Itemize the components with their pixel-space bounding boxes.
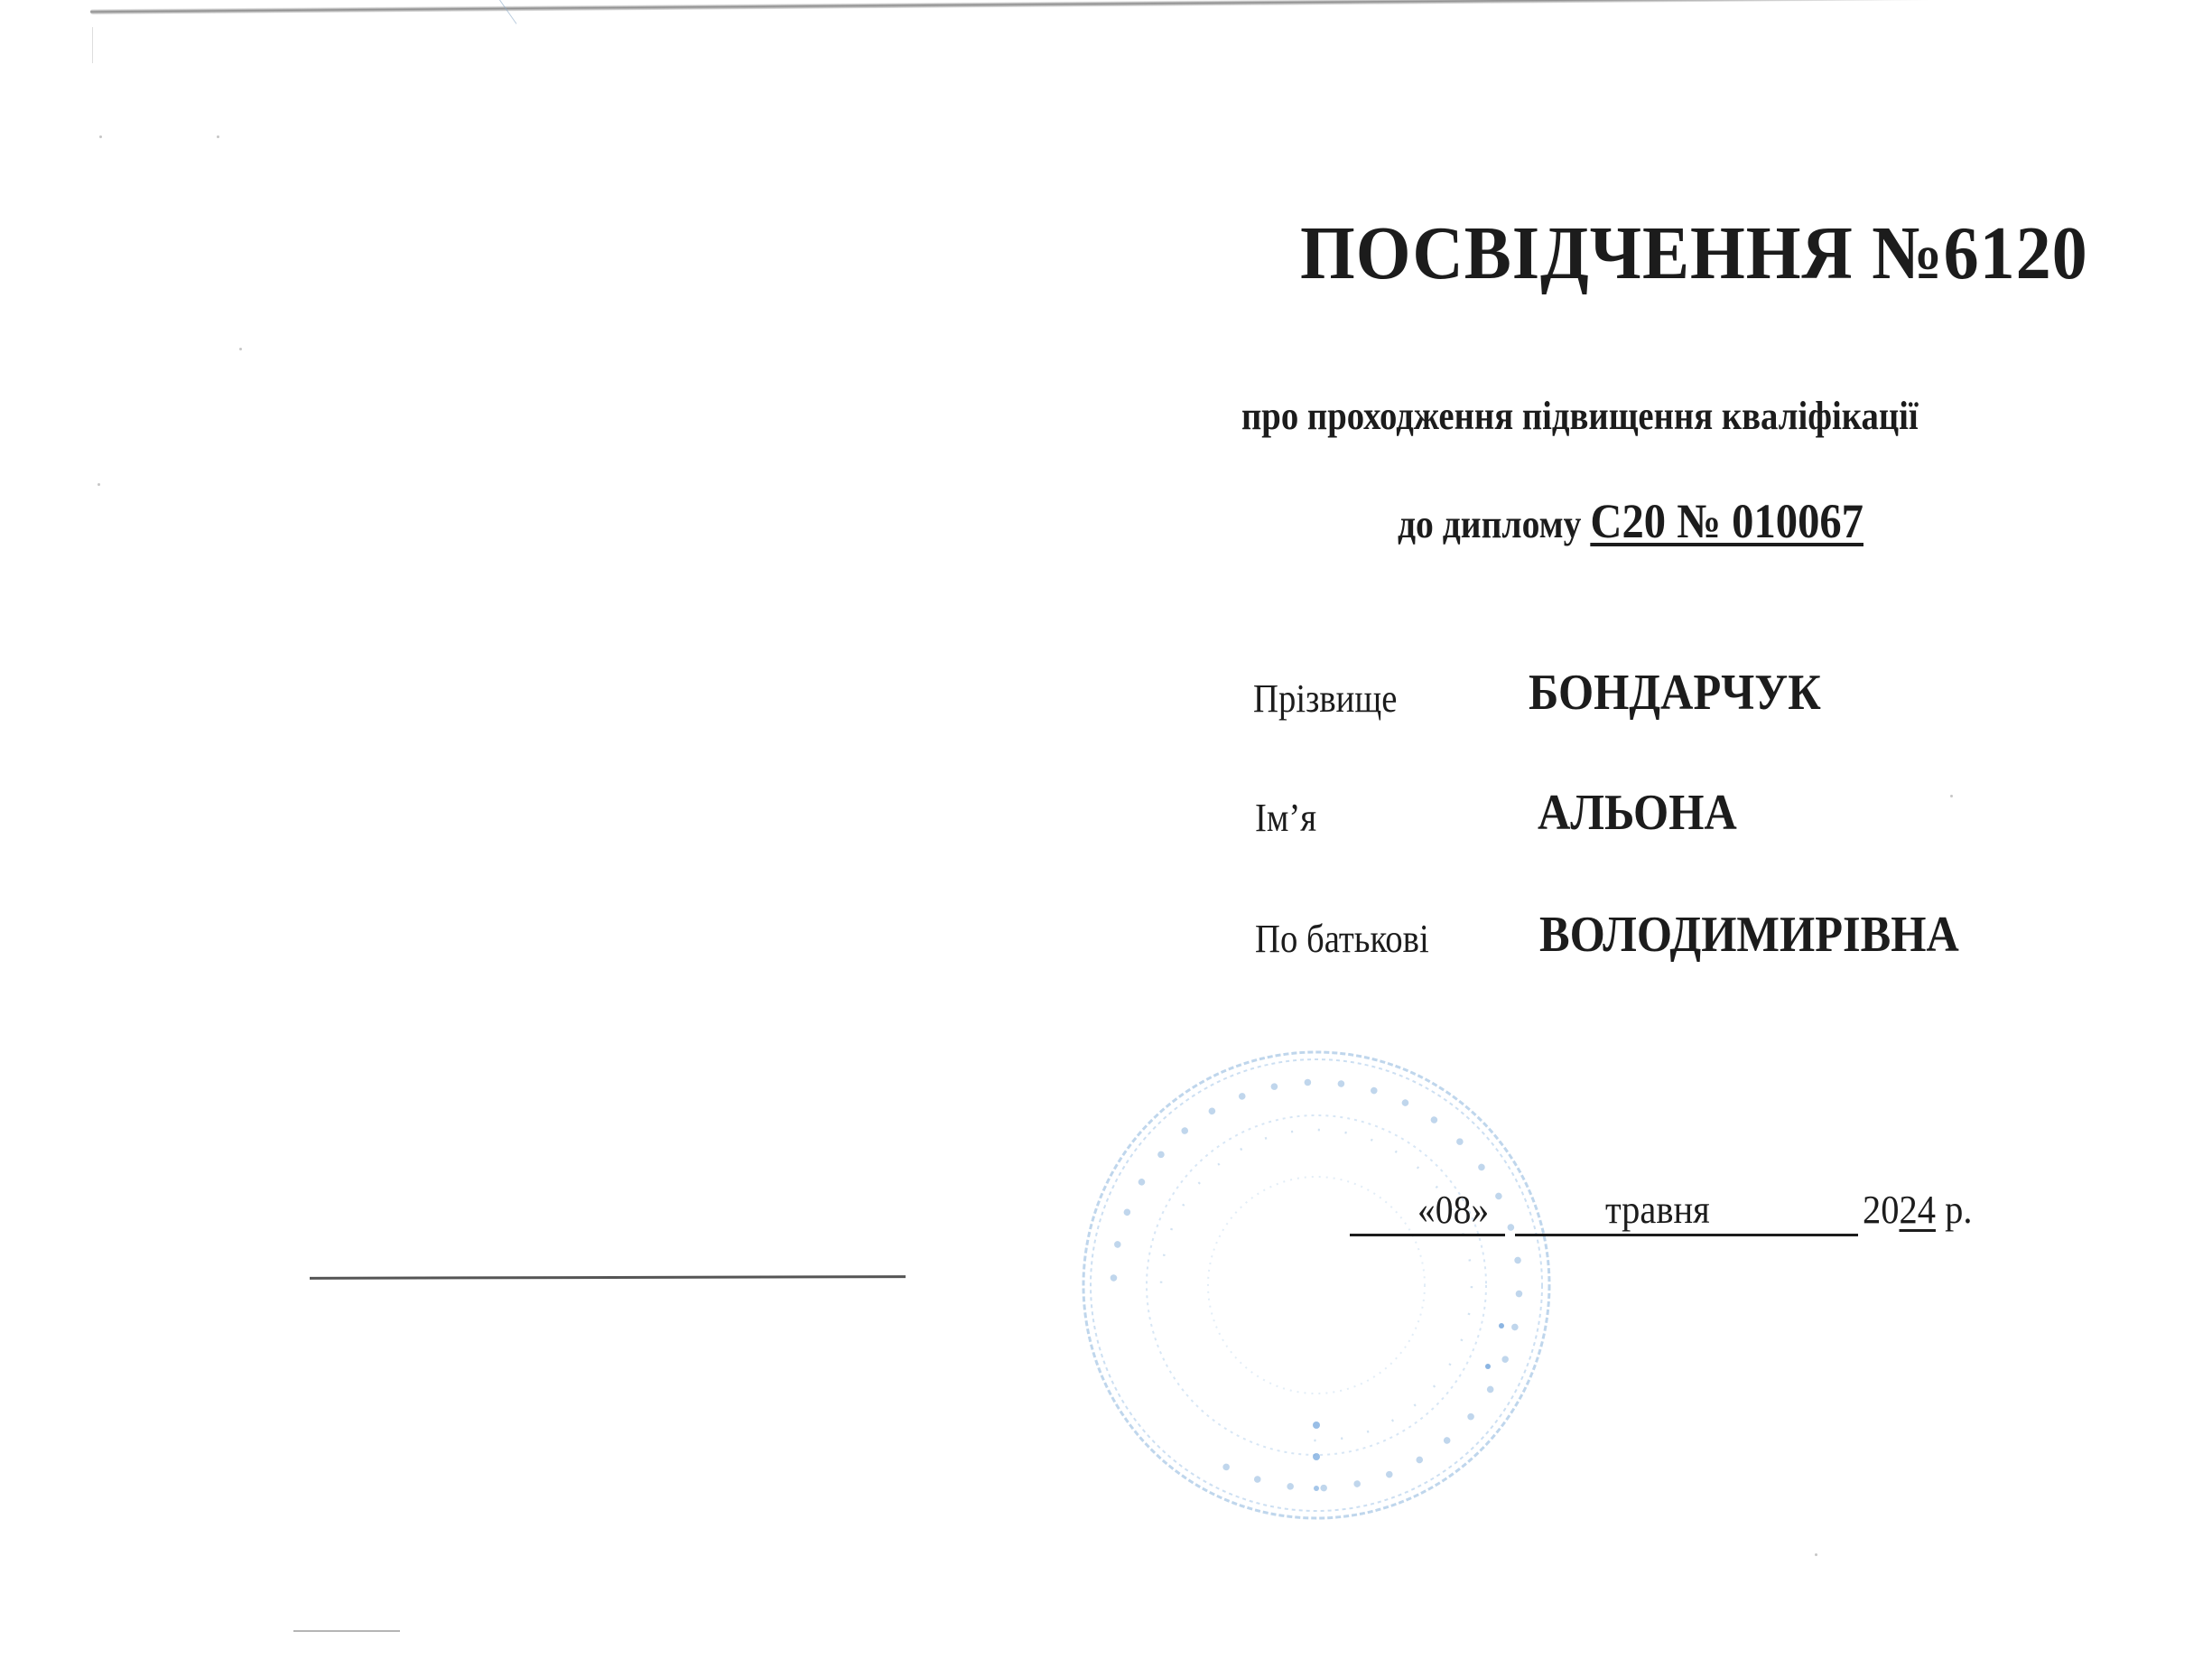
scan-paper-left-edge — [92, 27, 93, 63]
certificate-title: ПОСВІДЧЕННЯ №6120 — [1300, 210, 2088, 297]
scan-paper-edge — [90, 0, 2212, 14]
date-day: «08» — [1417, 1187, 1489, 1233]
scan-speck — [217, 135, 219, 138]
date-month: травня — [1605, 1187, 1710, 1233]
scan-fold-line — [496, 0, 517, 24]
certificate-subtitle: про проходження підвищення кваліфікації — [1241, 393, 1919, 439]
scan-speck — [1815, 1553, 1817, 1556]
scan-speck — [99, 135, 102, 138]
signature-line — [310, 1275, 906, 1280]
patronymic-value: ВОЛОДИМИРІВНА — [1539, 906, 1959, 964]
svg-text:• • • • • • • • • • • • • • •: • • • • • • • • • • • • • • • • • • • • … — [1101, 1070, 1531, 1500]
date-year-unit: р. — [1945, 1188, 1972, 1232]
first-name-value: АЛЬОНА — [1538, 784, 1737, 842]
round-seal-stamp-icon: • • • • • • • • • • • • • • • • • • • • … — [1077, 1046, 1556, 1524]
surname-label: Прізвище — [1253, 676, 1397, 722]
scan-speck — [1950, 795, 1953, 797]
date-year: 2024 р. — [1863, 1187, 1972, 1233]
surname-value: БОНДАРЧУК — [1529, 664, 1821, 722]
scan-speck — [98, 483, 100, 486]
scan-bottom-mark — [293, 1630, 400, 1632]
first-name-label: Ім’я — [1255, 795, 1316, 841]
diploma-reference: до диплому С20 № 010067 — [1398, 493, 1863, 549]
date-year-suffix: 24 — [1899, 1188, 1935, 1232]
svg-text:· · · · · · · · · · · · · · ·: · · · · · · · · · · · · · · · · · · · · … — [1150, 1119, 1482, 1451]
diploma-number: С20 № 010067 — [1590, 494, 1863, 548]
diploma-prefix: до диплому — [1398, 502, 1581, 546]
month-underline — [1515, 1234, 1858, 1236]
day-underline — [1350, 1234, 1505, 1236]
date-year-prefix: 20 — [1863, 1188, 1899, 1232]
patronymic-label: По батькові — [1255, 916, 1429, 962]
issue-date: «08» травня 2024 р. — [1350, 1183, 2036, 1246]
scan-speck — [239, 348, 242, 350]
